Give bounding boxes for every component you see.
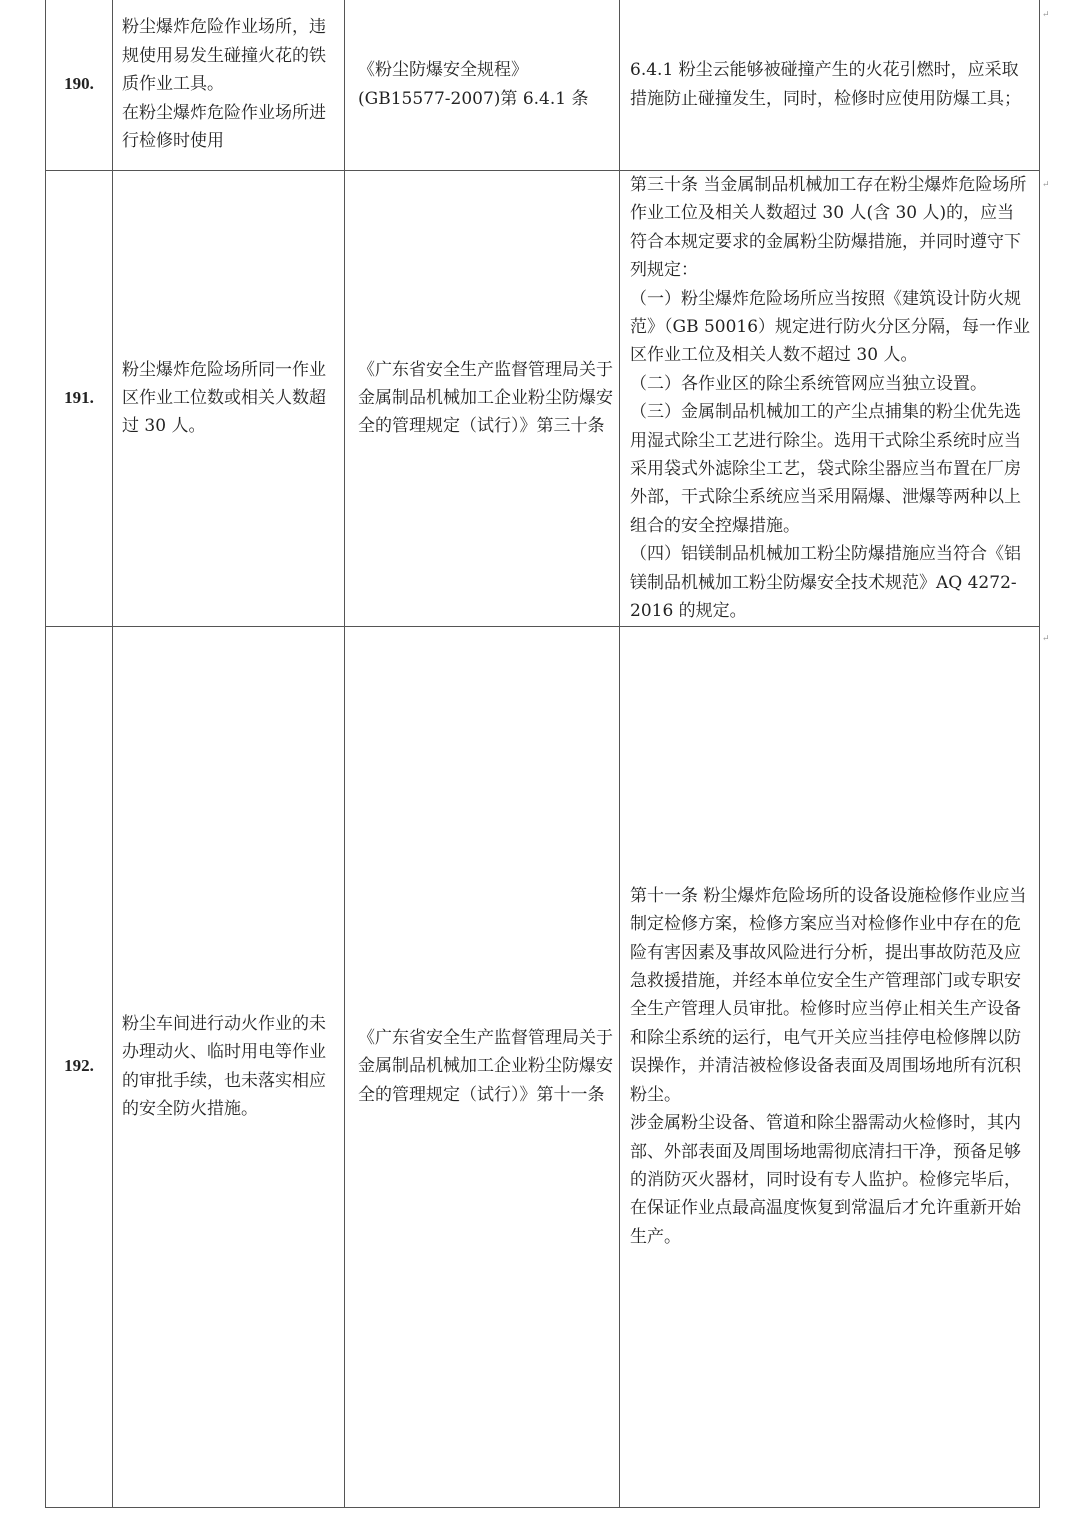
table-row: 190. 粉尘爆炸危险作业场所，违规使用易发生碰撞火花的铁质作业工具。 在粉尘爆… [46,0,1040,171]
clause-text: 6.4.1 粉尘云能够被碰撞产生的火花引燃时，应采取措施防止碰撞发生，同时，检修… [620,0,1040,171]
paragraph-mark-icon: ↵ [1042,634,1050,644]
legal-basis: 《粉尘防爆安全规程》(GB15577-2007)第 6.4.1 条 [345,0,620,171]
table-row: 191. 粉尘爆炸危险场所同一作业区作业工位数或相关人数超过 30 人。 《广东… [46,171,1040,627]
row-number: 190. [46,0,113,171]
legal-basis: 《广东省安全生产监督管理局关于金属制品机械加工企业粉尘防爆安全的管理规定（试行）… [345,171,620,627]
clause-text: 第三十条 当金属制品机械加工存在粉尘爆炸危险场所作业工位及相关人数超过 30 人… [620,171,1040,627]
table-row: 192. 粉尘车间进行动火作业的未办理动火、临时用电等作业的审批手续，也未落实相… [46,626,1040,1507]
clause-text: 第十一条 粉尘爆炸危险场所的设备设施检修作业应当制定检修方案，检修方案应当对检修… [620,626,1040,1507]
paragraph-mark-icon: ↵ [1042,180,1050,190]
violation-description: 粉尘爆炸危险场所同一作业区作业工位数或相关人数超过 30 人。 [113,171,345,627]
row-number: 191. [46,171,113,627]
violation-description: 粉尘车间进行动火作业的未办理动火、临时用电等作业的审批手续，也未落实相应的安全防… [113,626,345,1507]
row-number: 192. [46,626,113,1507]
paragraph-mark-icon: ↵ [1042,10,1050,20]
legal-basis: 《广东省安全生产监督管理局关于金属制品机械加工企业粉尘防爆安全的管理规定（试行）… [345,626,620,1507]
violation-description: 粉尘爆炸危险作业场所，违规使用易发生碰撞火花的铁质作业工具。 在粉尘爆炸危险作业… [113,0,345,171]
violations-table: 190. 粉尘爆炸危险作业场所，违规使用易发生碰撞火花的铁质作业工具。 在粉尘爆… [45,0,1040,1508]
